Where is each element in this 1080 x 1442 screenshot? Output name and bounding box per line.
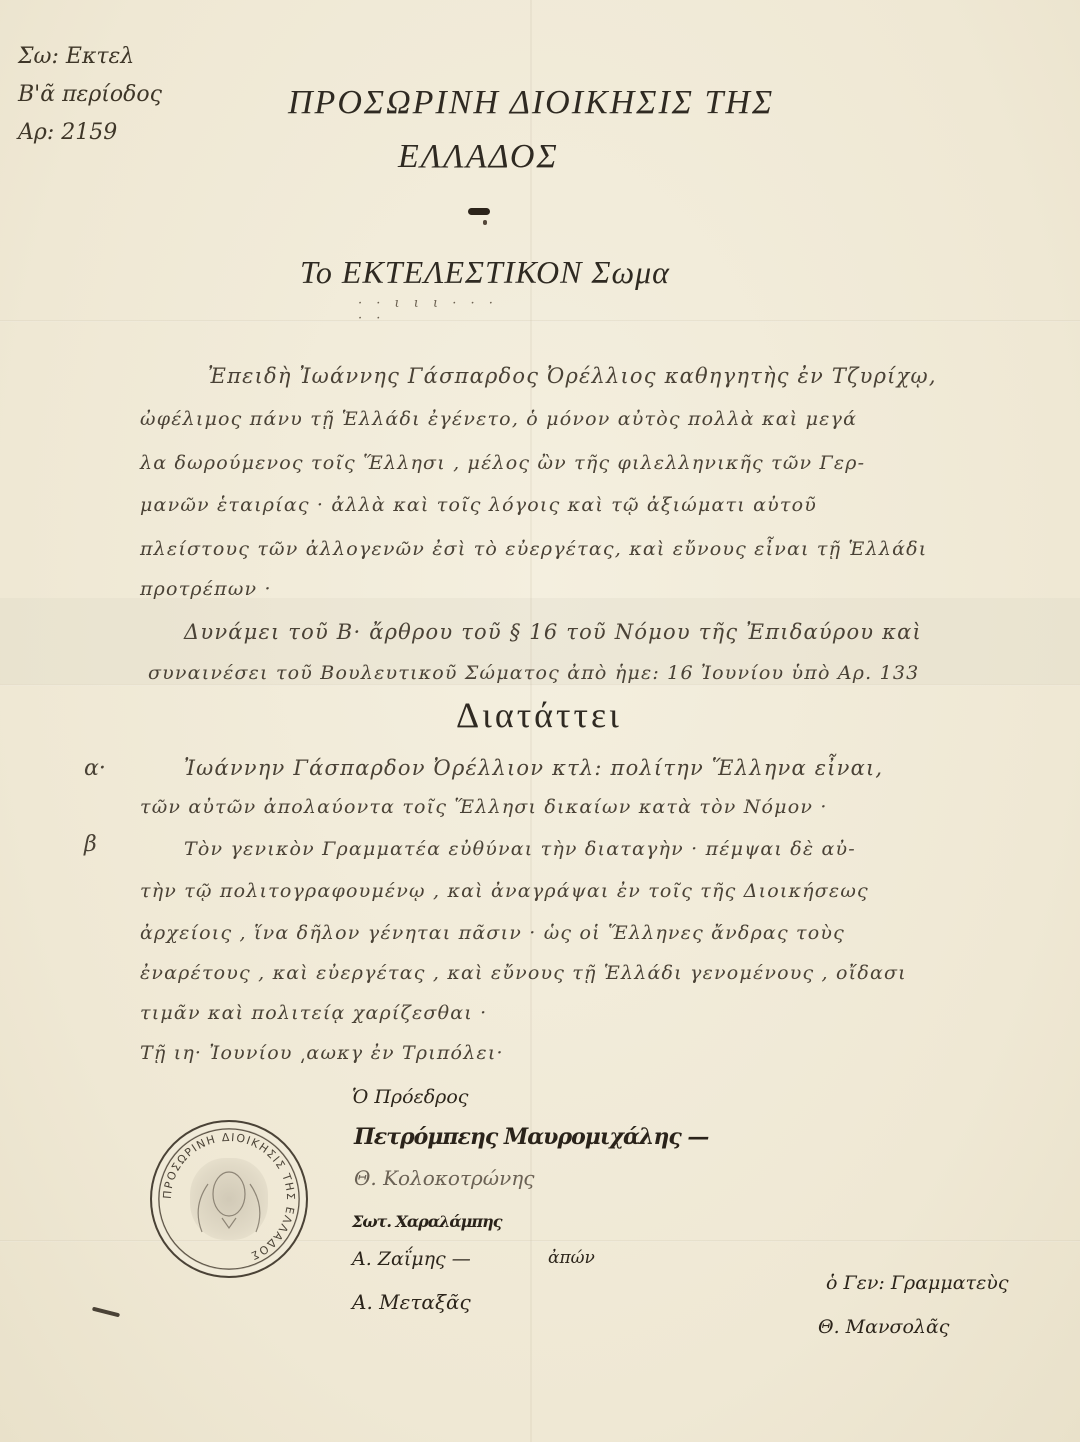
preamble-line: προτρέπων · <box>140 578 272 600</box>
official-seal: ΠΡΟΣΩΡΙΝΗ ΔΙΟΙΚΗΣΙΣ ΤΗΣ ΕΛΛΑΔΟΣ <box>150 1120 308 1278</box>
decree-heading: Διατάττει <box>456 694 622 736</box>
secretary-signature: Θ. Μανσολᾶς <box>818 1316 949 1338</box>
authority-line: Δυνάμει τοῦ Β· ἄρθρου τοῦ § 16 τοῦ Νόμου… <box>184 620 922 644</box>
reference-line-2: Β'ᾶ περίοδος <box>18 80 162 110</box>
subtitle: Το ΕΚΤΕΛΕΣΤΙΚΟΝ Σωμα <box>300 254 670 291</box>
seal-emblem <box>190 1158 268 1240</box>
preamble-line: Ἐπειδὴ Ἰωάννης Γάσπαρδος Ὀρέλλιος καθηγη… <box>208 364 937 388</box>
member-signature: Α. Ζαΐμης — <box>352 1248 471 1270</box>
article-line: ἐναρέτους , καὶ εὐεργέτας , καὶ εὔνους τ… <box>140 962 907 984</box>
authority-line: συναινέσει τοῦ Βουλευτικοῦ Σώματος ἀπὸ ἡ… <box>148 662 919 684</box>
member-signature: Σωτ. Χαραλάμπης <box>352 1212 501 1231</box>
president-label: Ὁ Πρόεδρος <box>352 1086 468 1108</box>
reference-line-1: Σω: Εκτελ <box>18 42 134 72</box>
article-marker: α· <box>84 756 106 781</box>
preamble-line: ὠφέλιμος πάνυ τῇ Ἑλλάδι ἐγένετο, ὁ μόνον… <box>140 408 857 430</box>
article-line: τῶν αὐτῶν ἀπολαύοντα τοῖς Ἕλλησι δικαίων… <box>140 796 828 818</box>
secretary-label: ὁ Γεν: Γραμματεὺς <box>826 1272 1008 1294</box>
ink-blot <box>468 208 490 215</box>
article-line: ἀρχείοις , ἵνα δῆλον γένηται πᾶσιν · ὡς … <box>140 922 845 944</box>
article-line: Ἰωάννην Γάσπαρδον Ὀρέλλιον κτλ: πολίτην … <box>184 756 883 780</box>
date-place: Τῇ ιη· Ἰουνίου ͵αωκγ ἐν Τριπόλει· <box>140 1042 504 1064</box>
preamble-line: μανῶν ἑταιρίας · ἀλλὰ καὶ τοῖς λόγοις κα… <box>140 494 817 516</box>
title-line-2: ΕΛΛΑΔΟΣ <box>398 138 559 176</box>
fold-line <box>0 684 1080 686</box>
preamble-line: πλείστους τῶν ἀλλογενῶν ἐσὶ τὸ εὐεργέτας… <box>140 538 927 560</box>
ink-speck <box>483 220 487 225</box>
reference-number: Αρ: 2159 <box>18 118 117 148</box>
member-signature: Α. Μεταξᾶς <box>352 1290 471 1314</box>
article-line: τιμᾶν καὶ πολιτείᾳ χαρίζεσθαι · <box>140 1002 487 1024</box>
title-line-1: ΠΡΟΣΩΡΙΝΗ ΔΙΟΙΚΗΣΙΣ ΤΗΣ <box>288 84 774 122</box>
article-line: Τὸν γενικὸν Γραμματέα εὐθύναι τὴν διαταγ… <box>184 838 856 860</box>
president-signature: Πετρόμπεης Μαυρομιχάλης — <box>354 1124 708 1150</box>
absent-note: ἀπών <box>548 1248 595 1268</box>
smudged-text: · · ι ι ι · · · · · <box>358 296 508 312</box>
preamble-line: λα δωρούμενος τοῖς Ἕλλησι , μέλος ὢν τῆς… <box>140 452 865 474</box>
member-signature: Θ. Κολοκοτρώνης <box>354 1166 534 1190</box>
article-line: τὴν τῷ πολιτογραφουμένῳ , καὶ ἀναγράψαι … <box>140 880 869 902</box>
article-marker: β <box>84 832 97 857</box>
fold-line <box>0 320 1080 322</box>
